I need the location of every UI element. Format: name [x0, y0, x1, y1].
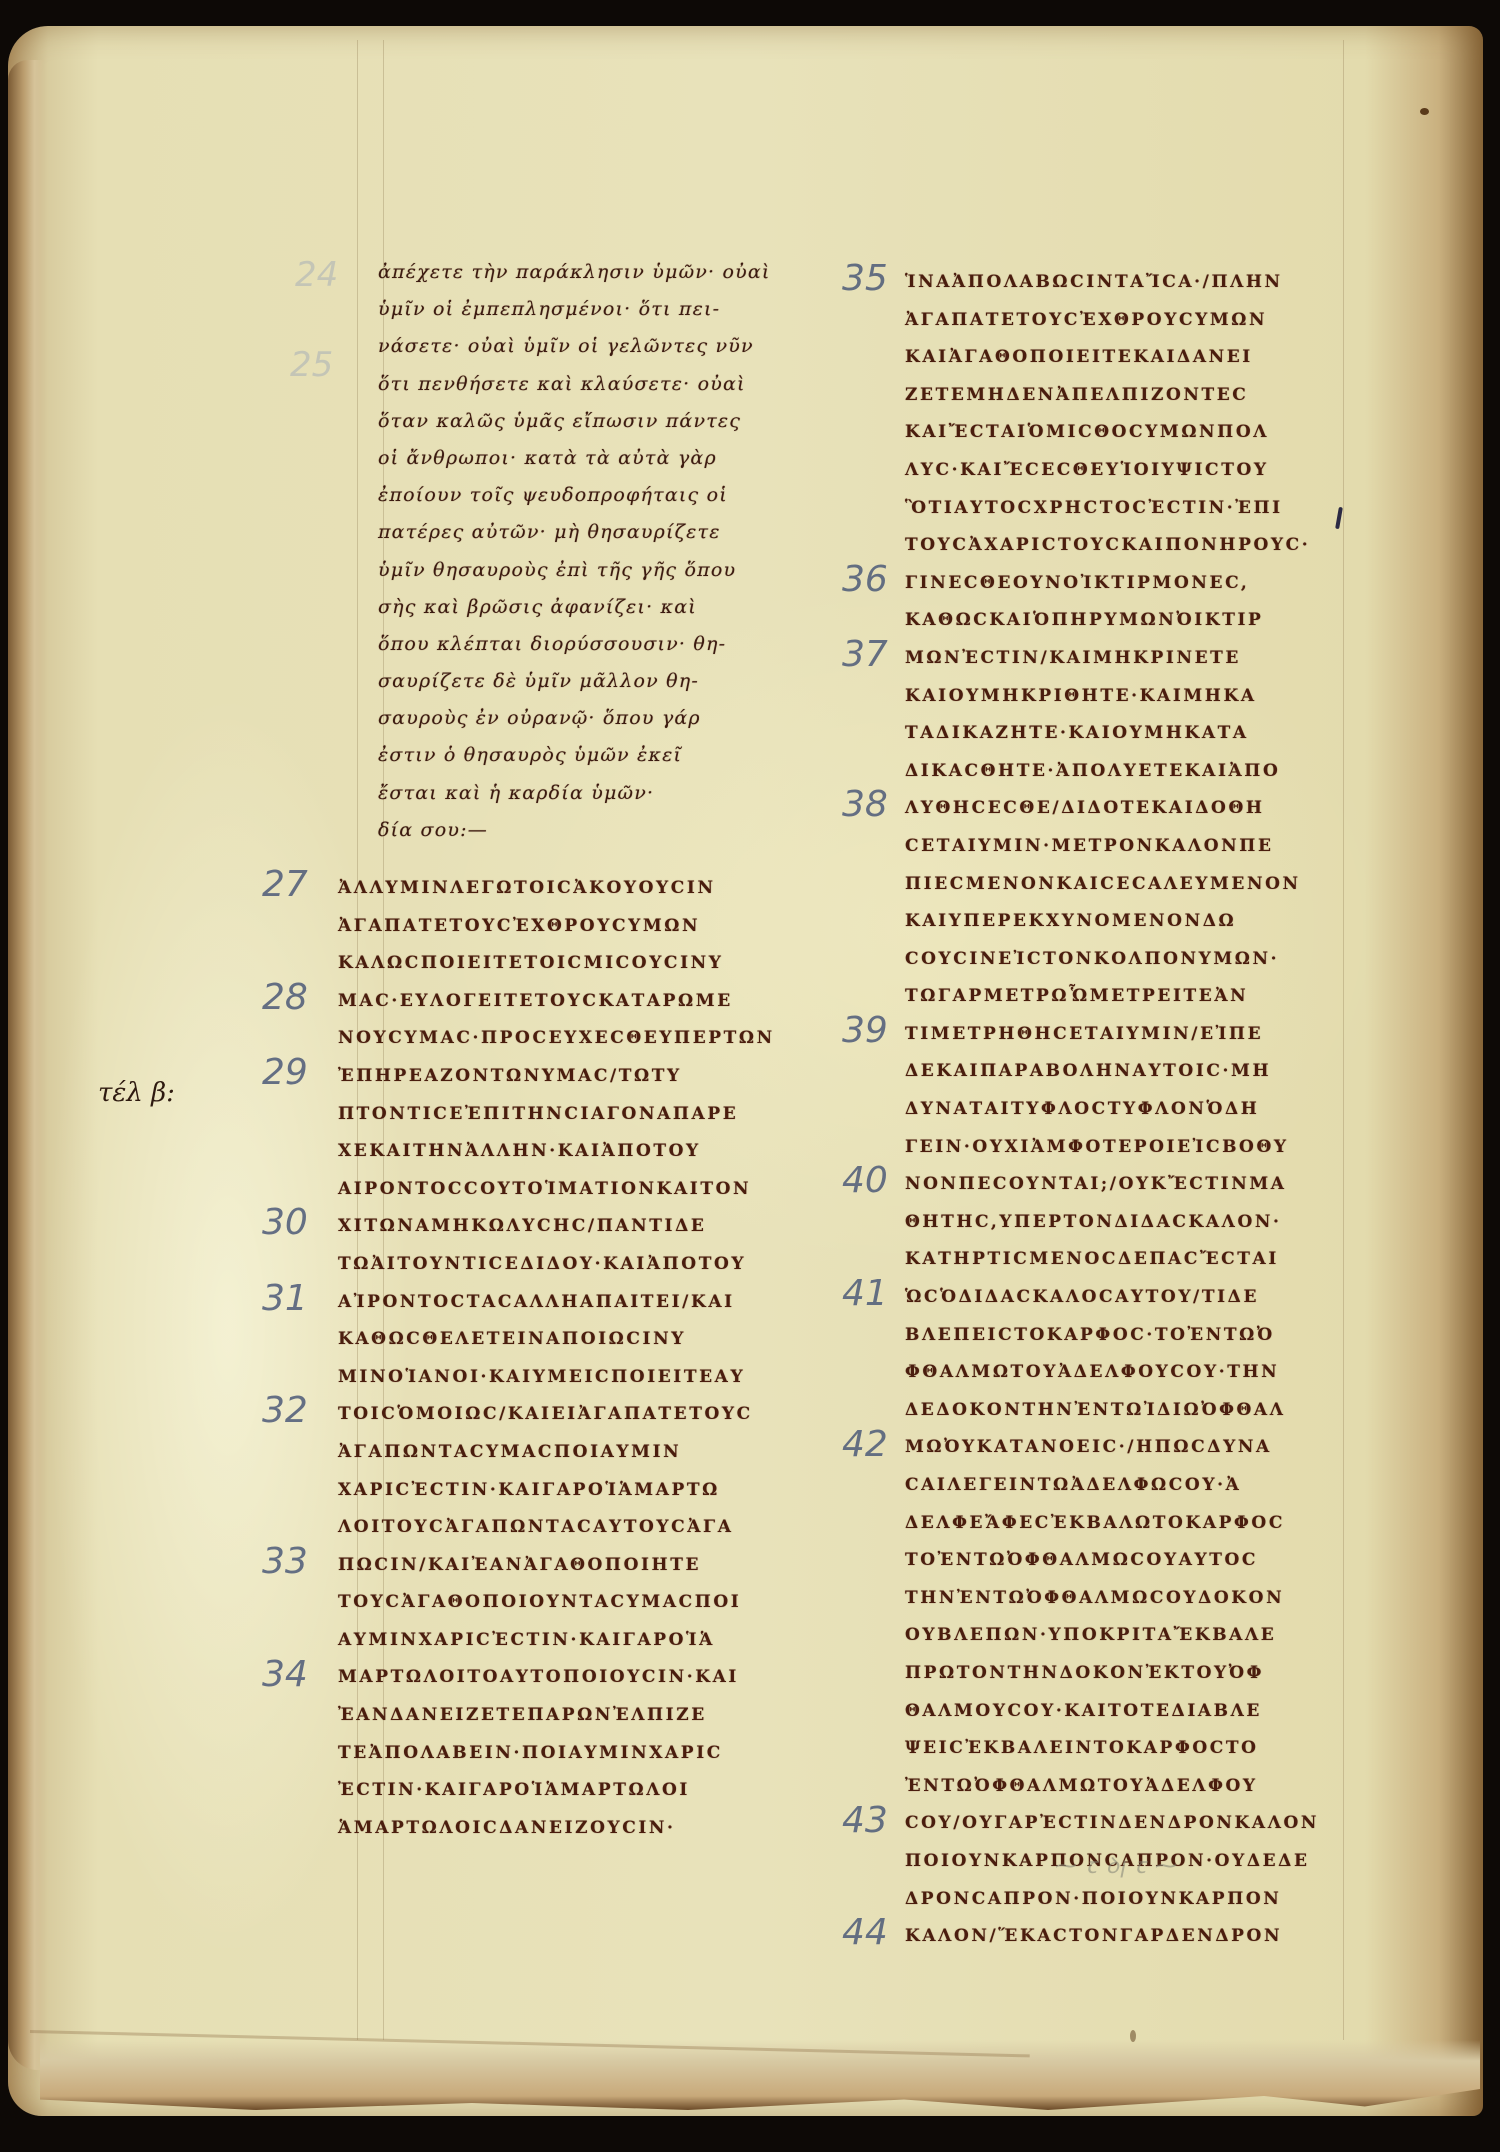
verse-number: 43 [842, 1800, 888, 1841]
manuscript-line: ΜΙΝΟἹΑΝΟΙ·ΚΑΙΥΜΕΙCΠΟΙΕΙΤΕΑΥ [338, 1359, 758, 1397]
manuscript-line: ἘCΤΙΝ·ΚΑΙΓΑΡΟἹἉΜΑΡΤΩΛΟΙ [338, 1772, 758, 1810]
manuscript-line: ΦΘΑΛΜΩΤΟΥἈΔΕΛΦΟΥCΟΥ·ΤΗΝ [905, 1354, 1335, 1392]
manuscript-line: ΚΑΛΩCΠΟΙΕΙΤΕΤΟΙCΜΙCΟΥCΙΝΥ [338, 945, 758, 983]
manuscript-line: ΜΩὈΥΚΑΤΑΝΟΕΙC·/ΗΠΩCΔΥΝΑ [905, 1429, 1335, 1467]
manuscript-line: ΔΥΝΑΤΑΙΤΥΦΛΟCΤΥΦΛΟΝὉΔΗ [905, 1091, 1335, 1129]
manuscript-line: ΒΛΕΠΕΙCΤΟΚΑΡΦΟC·ΤΟἘΝΤΩὈ [905, 1317, 1335, 1355]
manuscript-line: ΨΕΙCἘΚΒΑΛΕΙΝΤΟΚΑΡΦΟCΤΟ [905, 1730, 1335, 1768]
manuscript-line: ὩCὉΔΙΔΑCΚΑΛΟCΑΥΤΟΥ/ΤΙΔΕ [905, 1279, 1335, 1317]
manuscript-line: ΔΕΛΦΕἌΦΕCἘΚΒΑΛΩΤΟΚΑΡΦΟC [905, 1505, 1335, 1543]
manuscript-line: ΚΑΙΥΠΕΡΕΚΧΥΝΟΜΕΝΟΝΔΩ [905, 903, 1335, 941]
manuscript-line: ὋΤΙΑΥΤΟCΧΡΗCΤΟCἘCΤΙΝ·ἘΠΙ [905, 490, 1335, 528]
verse-number: 29 [262, 1052, 308, 1093]
manuscript-line: ἈΓΑΠΑΤΕΤΟΥCἘΧΘΡΟΥCΥΜΩΝ [338, 908, 758, 946]
manuscript-line: οἱ ἄνθρωποι· κατὰ τὰ αὐτὰ γὰρ [378, 440, 788, 477]
verse-number: 31 [262, 1278, 308, 1319]
verse-number: 37 [842, 634, 888, 675]
verse-number: 39 [842, 1010, 888, 1051]
manuscript-line: ΟΥΒΛΕΠΩΝ·ΥΠΟΚΡΙΤΑἜΚΒΑΛΕ [905, 1617, 1335, 1655]
manuscript-line: ἔσται καὶ ἡ καρδία ὑμῶν· [378, 775, 788, 812]
left-column-minuscule-text: ἀπέχετε τὴν παράκλησιν ὑμῶν· οὐαὶὑμῖν οἱ… [378, 254, 788, 849]
leaf-edge-left [8, 60, 46, 2070]
manuscript-line: σαυρίζετε δὲ ὑμῖν μᾶλλον θη- [378, 663, 788, 700]
manuscript-line: ΛΥC·ΚΑΙἜCΕCΘΕΥἹΟΙΥΨΙCΤΟΥ [905, 452, 1335, 490]
manuscript-line: ὑμῖν οἱ ἐμπεπλησμένοι· ὅτι πει- [378, 291, 788, 328]
verse-number: 30 [262, 1202, 308, 1243]
manuscript-line: ΔΕΚΑΙΠΑΡΑΒΟΛΗΝΑΥΤΟΙC·ΜΗ [905, 1053, 1335, 1091]
manuscript-line: ἘΑΝΔΑΝΕΙΖΕΤΕΠΑΡΩΝἘΛΠΙΖΕ [338, 1697, 758, 1735]
verse-number: 35 [842, 258, 888, 299]
ruling-line [1343, 40, 1344, 2040]
manuscript-line: ΧΙΤΩΝΑΜΗΚΩΛΥCΗC/ΠΑΝΤΙΔΕ [338, 1208, 758, 1246]
ink-spot [1420, 108, 1429, 115]
manuscript-line: νάσετε· οὐαὶ ὑμῖν οἱ γελῶντες νῦν [378, 328, 788, 365]
manuscript-line: ΤΗΝἘΝΤΩὈΦΘΑΛΜΩCΟΥΔΟΚΟΝ [905, 1580, 1335, 1618]
manuscript-line: ΜΑΡΤΩΛΟΙΤΟΑΥΤΟΠΟΙΟΥCΙΝ·ΚΑΙ [338, 1659, 758, 1697]
manuscript-line: ἘΝΤΩὈΦΘΑΛΜΩΤΟΥἈΔΕΛΦΟΥ [905, 1768, 1335, 1806]
manuscript-line: ΚΑΛΟΝ/ἝΚΑCΤΟΝΓΑΡΔΕΝΔΡΟΝ [905, 1918, 1335, 1956]
manuscript-line: ἈΛΛΥΜΙΝΛΕΓΩΤΟΙCἈΚΟΥΟΥCΙΝ [338, 870, 758, 908]
manuscript-line: ΔΕΔΟΚΟΝΤΗΝἘΝΤΩἸΔΙΩὈΦΘΑΛ [905, 1392, 1335, 1430]
manuscript-line: ΠΙΕCΜΕΝΟΝΚΑΙCΕCΑΛΕΥΜΕΝΟΝ [905, 866, 1335, 904]
manuscript-line: ΠΤΟΝΤΙCΕἘΠΙΤΗΝCΙΑΓΟΝΑΠΑΡΕ [338, 1096, 758, 1134]
manuscript-line: πατέρες αὐτῶν· μὴ θησαυρίζετε [378, 514, 788, 551]
manuscript-line: ΓΕΙΝ·ΟΥΧΙἈΜΦΟΤΕΡΟΙΕἸCΒΟΘΥ [905, 1129, 1335, 1167]
manuscript-line: ὅπου κλέπται διορύσσουσιν· θη- [378, 626, 788, 663]
verse-number: 36 [842, 559, 888, 600]
manuscript-line: ΓΙΝΕCΘΕΟΥΝΟἸΚΤΙΡΜΟΝΕC, [905, 565, 1335, 603]
manuscript-line: ὑμῖν θησαυροὺς ἐπὶ τῆς γῆς ὅπου [378, 552, 788, 589]
manuscript-line: ΛΟΙΤΟΥCἈΓΑΠΩΝΤΑCΑΥΤΟΥCἈΓΑ [338, 1509, 758, 1547]
verse-number: 32 [262, 1390, 308, 1431]
manuscript-line: CΑΙΛΕΓΕΙΝΤΩἈΔΕΛΦΩCΟΥ·Ἀ [905, 1467, 1335, 1505]
manuscript-line: ΔΡΟΝCΑΠΡΟΝ·ΠΟΙΟΥΝΚΑΡΠΟΝ [905, 1881, 1335, 1919]
verse-number: 34 [262, 1654, 308, 1695]
manuscript-line: CΕΤΑΙΥΜΙΝ·ΜΕΤΡΟΝΚΑΛΟΝΠΕ [905, 828, 1335, 866]
bleed-through-number: 25 [290, 345, 333, 385]
manuscript-line: CΟΥCΙΝΕἸCΤΟΝΚΟΛΠΟΝΥΜΩΝ· [905, 941, 1335, 979]
manuscript-line: ΤΙΜΕΤΡΗΘΗCΕΤΑΙΥΜΙΝ/ΕἸΠΕ [905, 1016, 1335, 1054]
manuscript-line: ΤΩΓΑΡΜΕΤΡΩὯΜΕΤΡΕΙΤΕἈΝ [905, 978, 1335, 1016]
manuscript-line: σαυροὺς ἐν οὐρανῷ· ὅπου γάρ [378, 700, 788, 737]
right-column-uncial-text: ἹΝΑἈΠΟΛΑΒΩCΙΝΤΑἼCΑ·/ΠΛΗΝἈΓΑΠΑΤΕΤΟΥCἘΧΘΡΟ… [905, 264, 1335, 1956]
manuscript-line: ΛΥΘΗCΕCΘΕ/ΔΙΔΟΤΕΚΑΙΔΟΘΗ [905, 790, 1335, 828]
verse-number: 27 [262, 864, 308, 905]
bleed-through-number: 24 [295, 255, 338, 295]
ink-spot [1130, 2030, 1136, 2042]
manuscript-line: ΤΟΥCἈΧΑΡΙCΤΟΥCΚΑΙΠΟΝΗΡΟΥC· [905, 527, 1335, 565]
manuscript-line: CΟΥ/ΟΥΓΑΡἘCΤΙΝΔΕΝΔΡΟΝΚΑΛΟΝ [905, 1805, 1335, 1843]
manuscript-line: ΑΙΡΟΝΤΟCCΟΥΤΟἹΜΑΤΙΟΝΚΑΙΤΟΝ [338, 1171, 758, 1209]
manuscript-line: ΖΕΤΕΜΗΔΕΝἈΠΕΛΠΙΖΟΝΤΕC [905, 377, 1335, 415]
manuscript-line: ΑΥΜΙΝΧΑΡΙCἘCΤΙΝ·ΚΑΙΓΑΡΟἹἉ [338, 1622, 758, 1660]
manuscript-line: ΤΟΥCἈΓΑΘΟΠΟΙΟΥΝΤΑCΥΜΑCΠΟΙ [338, 1584, 758, 1622]
manuscript-line: ΤΟἘΝΤΩὈΦΘΑΛΜΩCΟΥΑΥΤΟC [905, 1542, 1335, 1580]
manuscript-line: ΧΑΡΙCἘCΤΙΝ·ΚΑΙΓΑΡΟἹἉΜΑΡΤΩ [338, 1472, 758, 1510]
manuscript-line: ὅτι πενθήσετε καὶ κλαύσετε· οὐαὶ [378, 366, 788, 403]
verse-number: 40 [842, 1160, 888, 1201]
manuscript-line: ἀπέχετε τὴν παράκλησιν ὑμῶν· οὐαὶ [378, 254, 788, 291]
manuscript-line: ΚΑΘΩCΘΕΛΕΤΕΙΝΑΠΟΙΩCΙΝΥ [338, 1321, 758, 1359]
manuscript-line: ἐστιν ὁ θησαυρὸς ὑμῶν ἐκεῖ [378, 737, 788, 774]
manuscript-line: ΧΕΚΑΙΤΗΝἈΛΛΗΝ·ΚΑΙἈΠΟΤΟΥ [338, 1133, 758, 1171]
manuscript-line: ΑἸΡΟΝΤΟCΤΑCΑΛΛΗΑΠΑΙΤΕΙ/ΚΑΙ [338, 1284, 758, 1322]
manuscript-line: σὴς καὶ βρῶσις ἀφανίζει· καὶ [378, 589, 788, 626]
verse-number: 44 [842, 1912, 888, 1953]
manuscript-line: ΚΑΙΟΥΜΗΚΡΙΘΗΤΕ·ΚΑΙΜΗΚΑ [905, 678, 1335, 716]
left-column-uncial-text: ἈΛΛΥΜΙΝΛΕΓΩΤΟΙCἈΚΟΥΟΥCΙΝἈΓΑΠΑΤΕΤΟΥCἘΧΘΡΟ… [338, 870, 758, 1847]
verse-number: 28 [262, 977, 308, 1018]
manuscript-line: δία σου:— [378, 812, 788, 849]
manuscript-line: ΝΟΝΠΕCΟΥΝΤΑΙ;/ΟΥΚἜCΤΙΝΜΑ [905, 1166, 1335, 1204]
manuscript-line: ὅταν καλῶς ὑμᾶς εἴπωσιν πάντες [378, 403, 788, 440]
manuscript-line: ΜΑC·ΕΥΛΟΓΕΙΤΕΤΟΥCΚΑΤΑΡΩΜΕ [338, 983, 758, 1021]
verse-number: 41 [842, 1273, 888, 1314]
manuscript-line: ΤΟΙCὉΜΟΙΩC/ΚΑΙΕΙἈΓΑΠΑΤΕΤΟΥC [338, 1396, 758, 1434]
manuscript-line: ΔΙΚΑCΘΗΤΕ·ἈΠΟΛΥΕΤΕΚΑΙἈΠΟ [905, 753, 1335, 791]
manuscript-line: ἘΠΗΡΕΑΖΟΝΤΩΝΥΜΑC/ΤΩΤΥ [338, 1058, 758, 1096]
manuscript-line: ΠΩCΙΝ/ΚΑΙἘΑΝἈΓΑΘΟΠΟΙΗΤΕ [338, 1547, 758, 1585]
manuscript-line: ΚΑΙἈΓΑΘΟΠΟΙΕΙΤΕΚΑΙΔΑΝΕΙ [905, 339, 1335, 377]
manuscript-line: ΚΑΘΩCΚΑΙὉΠΗΡΥΜΩΝὈΙΚΤΙΡ [905, 602, 1335, 640]
verse-number: 42 [842, 1424, 888, 1465]
manuscript-line: ἉΜΑΡΤΩΛΟΙCΔΑΝΕΙΖΟΥCΙΝ· [338, 1810, 758, 1848]
manuscript-line: ΚΑΙἜCΤΑΙὉΜΙCΘΟCΥΜΩΝΠΟΛ [905, 414, 1335, 452]
footer-pencil-note: ⁓ ꞇ ꝺꞁ ꞇ ⁓ [1055, 1850, 1178, 1880]
manuscript-line: ΝΟΥCΥΜΑC·ΠΡΟCΕΥΧΕCΘΕΥΠΕΡΤΩΝ [338, 1020, 758, 1058]
manuscript-line: ΜΩΝἘCΤΙΝ/ΚΑΙΜΗΚΡΙΝΕΤΕ [905, 640, 1335, 678]
manuscript-line: ἹΝΑἈΠΟΛΑΒΩCΙΝΤΑἼCΑ·/ΠΛΗΝ [905, 264, 1335, 302]
manuscript-line: ΠΡΩΤΟΝΤΗΝΔΟΚΟΝἘΚΤΟΥὈΦ [905, 1655, 1335, 1693]
manuscript-line: ΘΑΛΜΟΥCΟΥ·ΚΑΙΤΟΤΕΔΙΑΒΛΕ [905, 1693, 1335, 1731]
manuscript-line: ΘΗΤΗC,ΥΠΕΡΤΟΝΔΙΔΑCΚΑΛΟΝ· [905, 1204, 1335, 1242]
manuscript-line: ΚΑΤΗΡΤΙCΜΕΝΟCΔΕΠΑCἜCΤΑΙ [905, 1241, 1335, 1279]
manuscript-line: ἐποίουν τοῖς ψευδοπροφήταις οἱ [378, 477, 788, 514]
left-margin-note: τέλ β: [98, 1078, 175, 1108]
manuscript-line: ΤΕἈΠΟΛΑΒΕΙΝ·ΠΟΙΑΥΜΙΝΧΑΡΙC [338, 1735, 758, 1773]
manuscript-line: ἈΓΑΠΩΝΤΑCΥΜΑCΠΟΙΑΥΜΙΝ [338, 1434, 758, 1472]
verse-number: 38 [842, 784, 888, 825]
verse-number: 33 [262, 1541, 308, 1582]
manuscript-line: ΤΑΔΙΚΑΖΗΤΕ·ΚΑΙΟΥΜΗΚΑΤΑ [905, 715, 1335, 753]
manuscript-line: ἈΓΑΠΑΤΕΤΟΥCἘΧΘΡΟΥCΥΜΩΝ [905, 302, 1335, 340]
manuscript-line: ΤΩἈΙΤΟΥΝΤΙCΕΔΙΔΟΥ·ΚΑΙἈΠΟΤΟΥ [338, 1246, 758, 1284]
